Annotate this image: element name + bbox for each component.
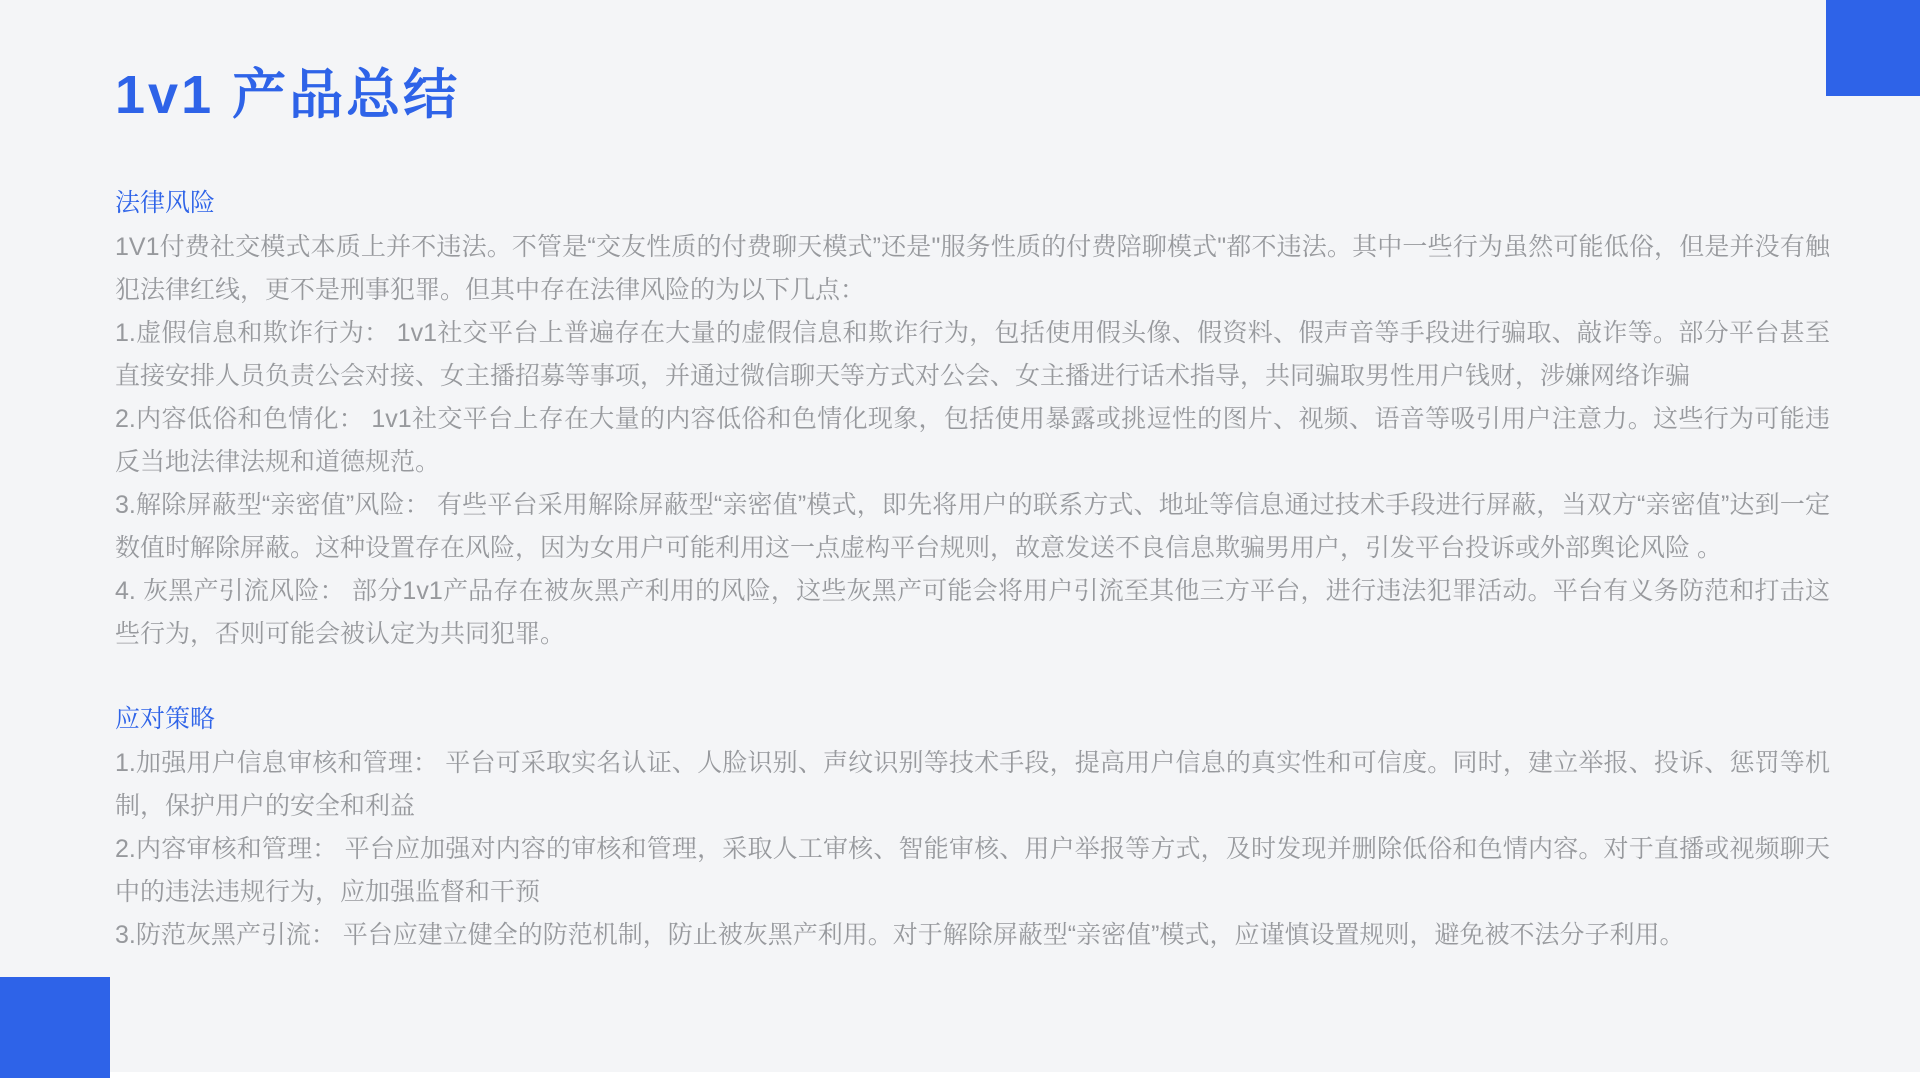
paragraph-legal-intro: 1V1付费社交模式本质上并不违法。不管是“交友性质的付费聊天模式”还是"服务性质… <box>115 226 1830 312</box>
section-heading-strategies: 应对策略 <box>115 702 1830 736</box>
page-title: 1v1 产品总结 <box>115 62 1830 128</box>
content-area: 1v1 产品总结 法律风险 1V1付费社交模式本质上并不违法。不管是“交友性质的… <box>115 0 1830 957</box>
corner-accent-top-right <box>1826 0 1920 96</box>
paragraph-risk-2: 2.内容低俗和色情化： 1v1社交平台上存在大量的内容低俗和色情化现象，包括使用… <box>115 398 1830 484</box>
paragraph-strategy-3: 3.防范灰黑产引流： 平台应建立健全的防范机制，防止被灰黑产利用。对于解除屏蔽型… <box>115 914 1830 957</box>
corner-accent-bottom-left <box>0 977 110 1078</box>
paragraph-risk-4: 4. 灰黑产引流风险： 部分1v1产品存在被灰黑产利用的风险，这些灰黑产可能会将… <box>115 570 1830 656</box>
document-page: 1v1 产品总结 法律风险 1V1付费社交模式本质上并不违法。不管是“交友性质的… <box>0 0 1920 1080</box>
paragraph-strategy-1: 1.加强用户信息审核和管理： 平台可采取实名认证、人脸识别、声纹识别等技术手段，… <box>115 742 1830 828</box>
paragraph-strategy-2: 2.内容审核和管理： 平台应加强对内容的审核和管理，采取人工审核、智能审核、用户… <box>115 828 1830 914</box>
section-heading-legal-risks: 法律风险 <box>115 186 1830 220</box>
paragraph-risk-1: 1.虚假信息和欺诈行为： 1v1社交平台上普遍存在大量的虚假信息和欺诈行为，包括… <box>115 312 1830 398</box>
paragraph-risk-3: 3.解除屏蔽型“亲密值”风险： 有些平台采用解除屏蔽型“亲密值”模式，即先将用户… <box>115 484 1830 570</box>
